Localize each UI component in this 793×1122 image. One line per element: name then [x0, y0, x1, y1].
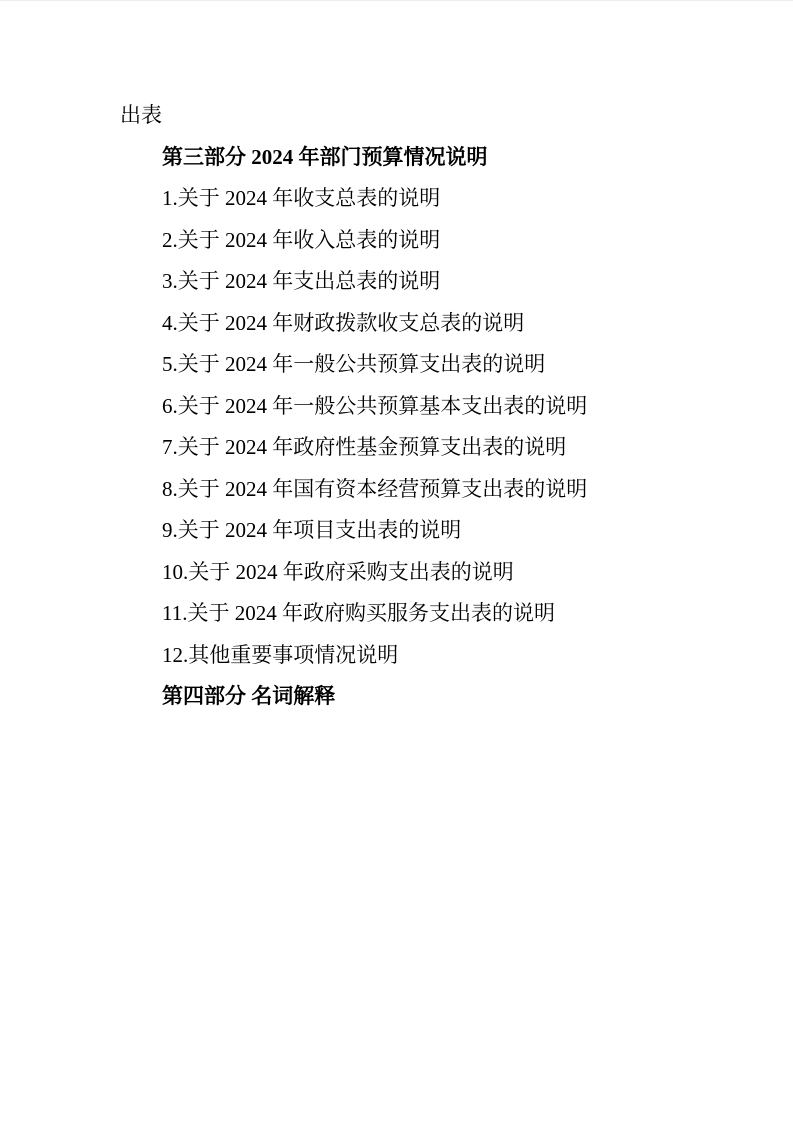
- toc-item-1: 1.关于 2024 年收支总表的说明: [120, 178, 713, 220]
- toc-item-6: 6.关于 2024 年一般公共预算基本支出表的说明: [120, 386, 713, 428]
- toc-item-12: 12.其他重要事项情况说明: [120, 635, 713, 677]
- toc-item-5: 5.关于 2024 年一般公共预算支出表的说明: [120, 344, 713, 386]
- document-page: 出表 第三部分 2024 年部门预算情况说明 1.关于 2024 年收支总表的说…: [0, 0, 793, 1122]
- toc-item-4: 4.关于 2024 年财政拨款收支总表的说明: [120, 303, 713, 345]
- toc-item-9: 9.关于 2024 年项目支出表的说明: [120, 510, 713, 552]
- carryover-text: 出表: [120, 95, 713, 137]
- toc-item-2: 2.关于 2024 年收入总表的说明: [120, 220, 713, 262]
- toc-item-10: 10.关于 2024 年政府采购支出表的说明: [120, 552, 713, 594]
- toc-item-3: 3.关于 2024 年支出总表的说明: [120, 261, 713, 303]
- toc-item-7: 7.关于 2024 年政府性基金预算支出表的说明: [120, 427, 713, 469]
- part4-heading: 第四部分 名词解释: [120, 676, 713, 718]
- toc-item-8: 8.关于 2024 年国有资本经营预算支出表的说明: [120, 469, 713, 511]
- part3-heading: 第三部分 2024 年部门预算情况说明: [120, 137, 713, 179]
- page-content: 出表 第三部分 2024 年部门预算情况说明 1.关于 2024 年收支总表的说…: [120, 95, 713, 718]
- toc-item-11: 11.关于 2024 年政府购买服务支出表的说明: [120, 593, 713, 635]
